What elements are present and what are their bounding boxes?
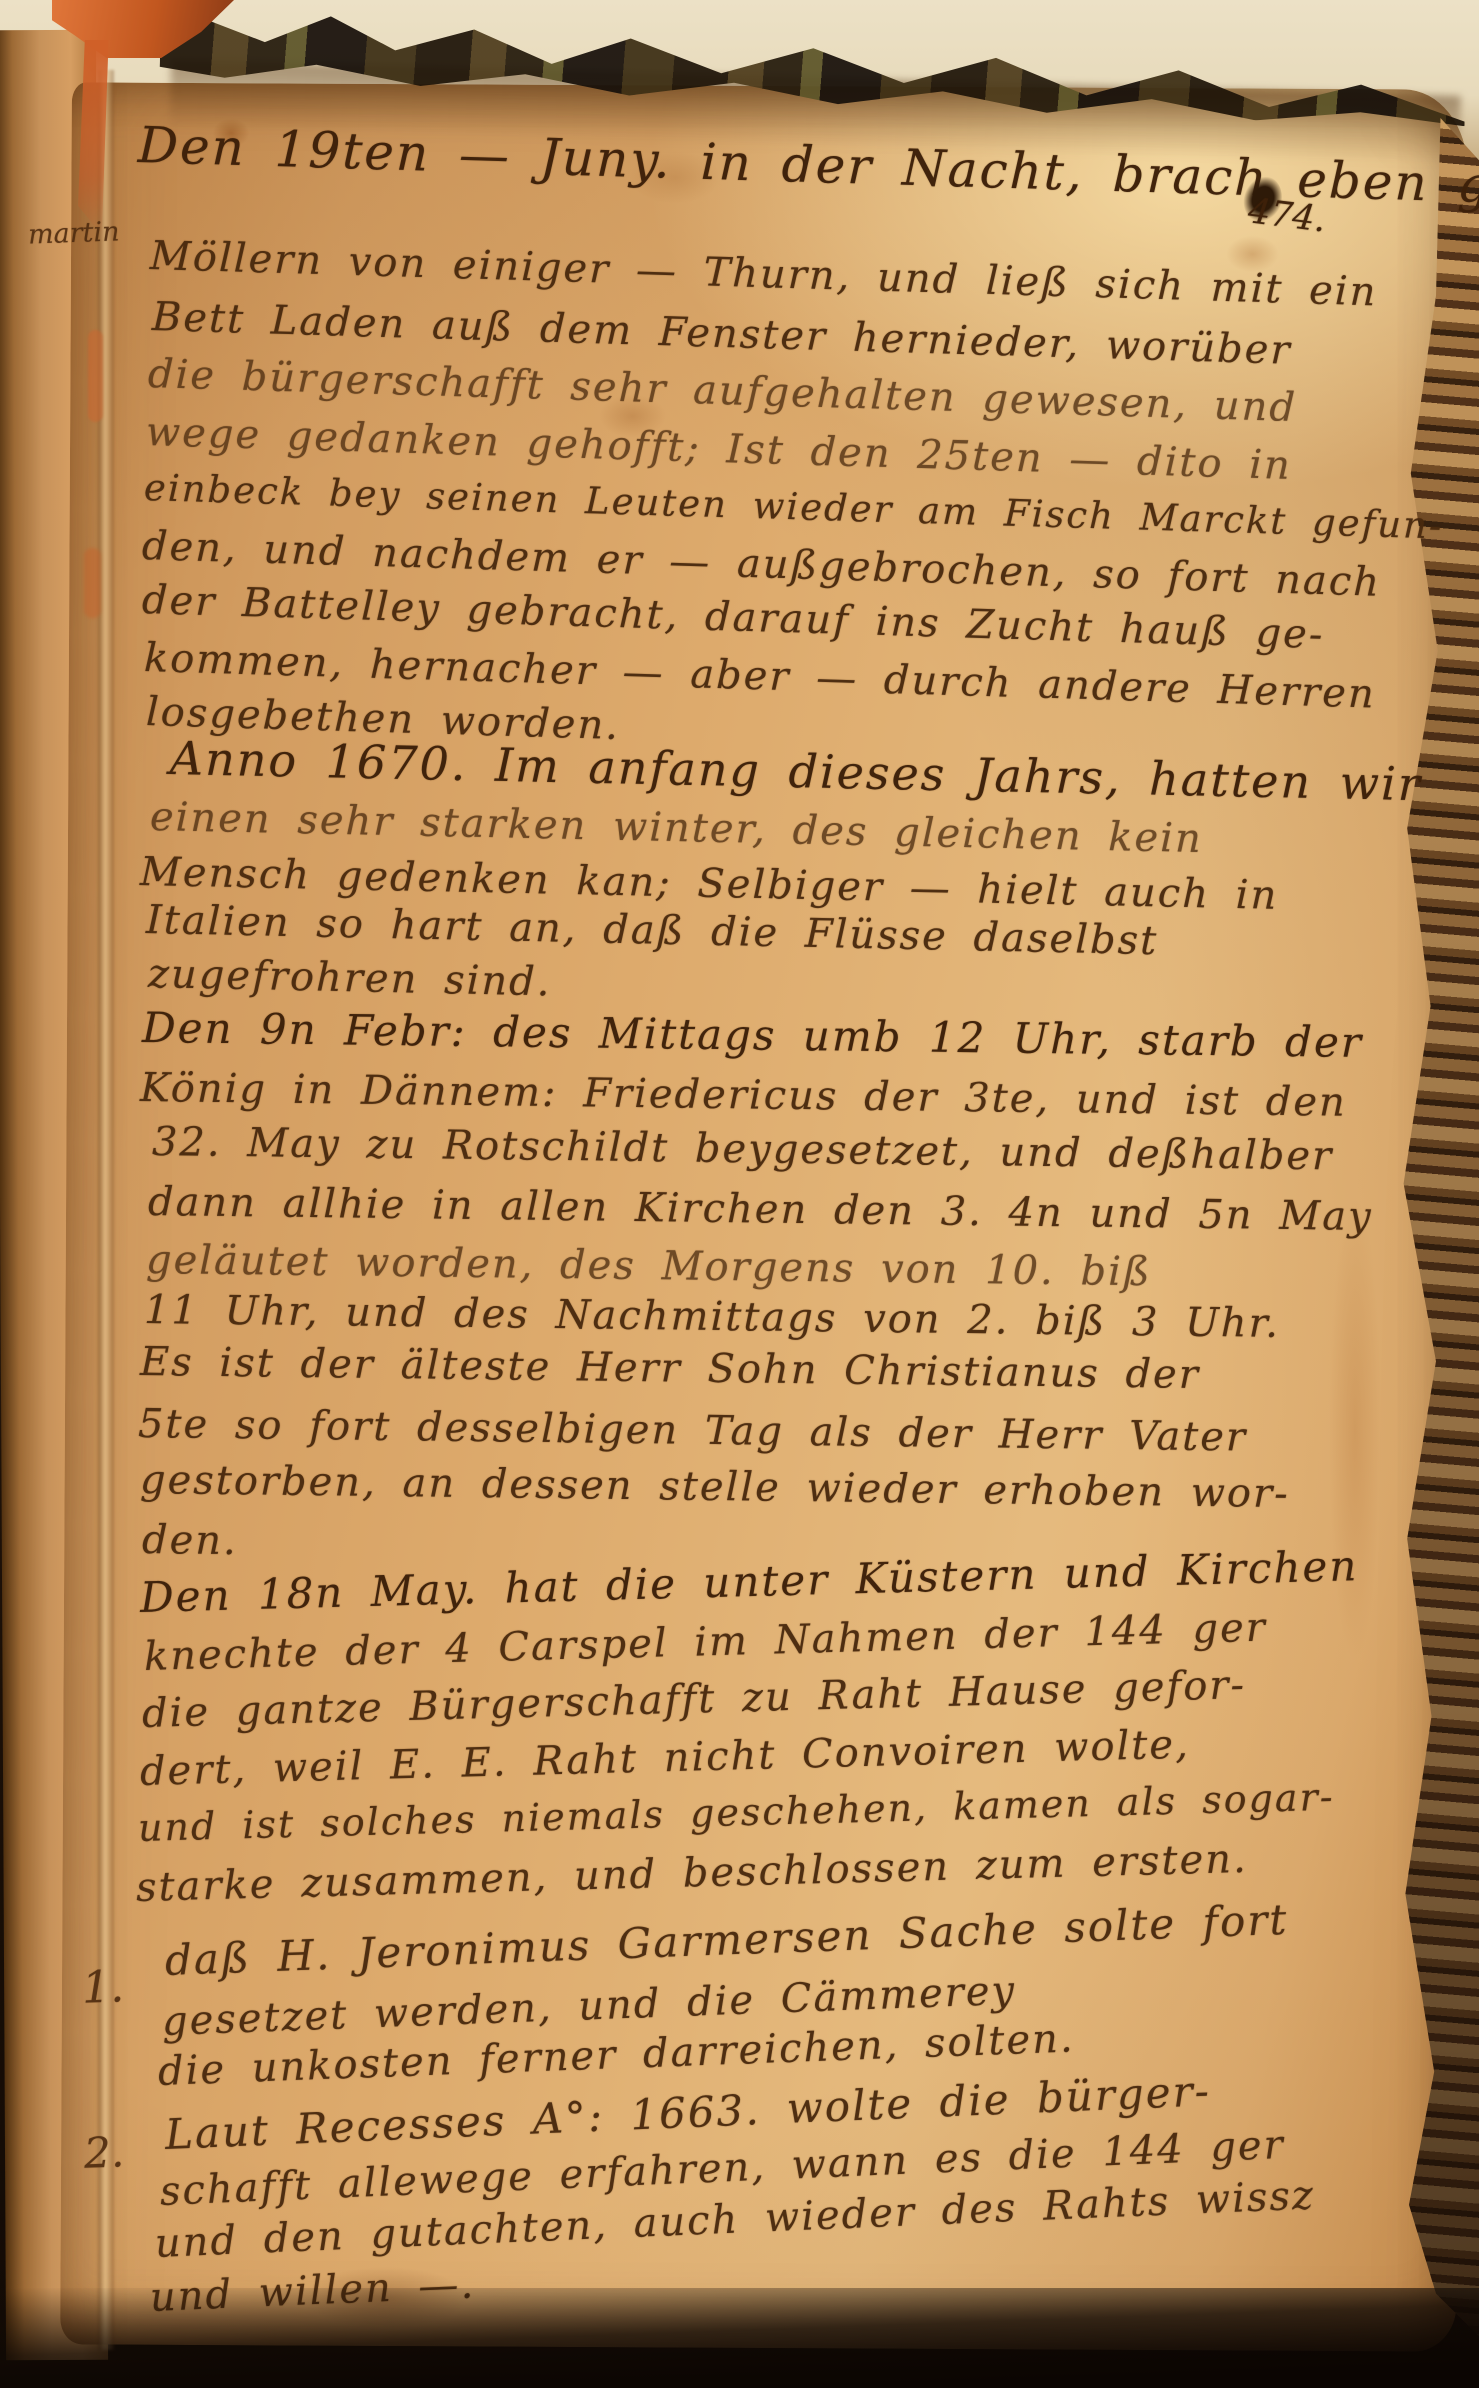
item-marker-2: 2. <box>83 2127 125 2177</box>
manuscript-line: 11 Uhr, und des Nachmittags von 2. biß 3… <box>144 1288 1281 1346</box>
manuscript-line: den. <box>142 1518 238 1563</box>
item-marker-1: 1. <box>81 1961 125 2013</box>
margin-note-writer: martin <box>27 216 120 250</box>
page-number: 474. <box>1246 191 1328 240</box>
manuscript-line: einen sehr starken winter, des gleichen … <box>150 795 1204 861</box>
manuscript-line: starke zusammen, und beschlossen zum ers… <box>135 1837 1248 1910</box>
manuscript-line: daß H. Jeronimus Garmersen Sache solte f… <box>164 1897 1289 1984</box>
manuscript-line: 32. May zu Rotschildt beygesetzet, und d… <box>152 1120 1334 1178</box>
manuscript-line: zugefrohren sind. <box>148 952 552 1004</box>
manuscript-photo: 474. martin Den 19ten — Juny. in der Nac… <box>0 0 1479 2388</box>
manuscript-line: König in Dännem: Friedericus der 3te, un… <box>140 1066 1347 1125</box>
manuscript-line: dann allhie in allen Kirchen den 3. 4n u… <box>148 1180 1373 1239</box>
handwriting-layer: 474. martin Den 19ten — Juny. in der Nac… <box>0 0 1479 2388</box>
table-shadow <box>0 2288 1479 2388</box>
manuscript-line: gestorben, an dessen stelle wieder erhob… <box>140 1458 1290 1516</box>
manuscript-line: Es ist der älteste Herr Sohn Christianus… <box>140 1340 1200 1397</box>
manuscript-line: Den 9n Febr: des Mittags umb 12 Uhr, sta… <box>142 1005 1363 1066</box>
manuscript-line: 5te so fort desselbigen Tag als der Herr… <box>138 1402 1248 1460</box>
manuscript-line: geläutet worden, des Morgens von 10. biß <box>146 1238 1152 1294</box>
